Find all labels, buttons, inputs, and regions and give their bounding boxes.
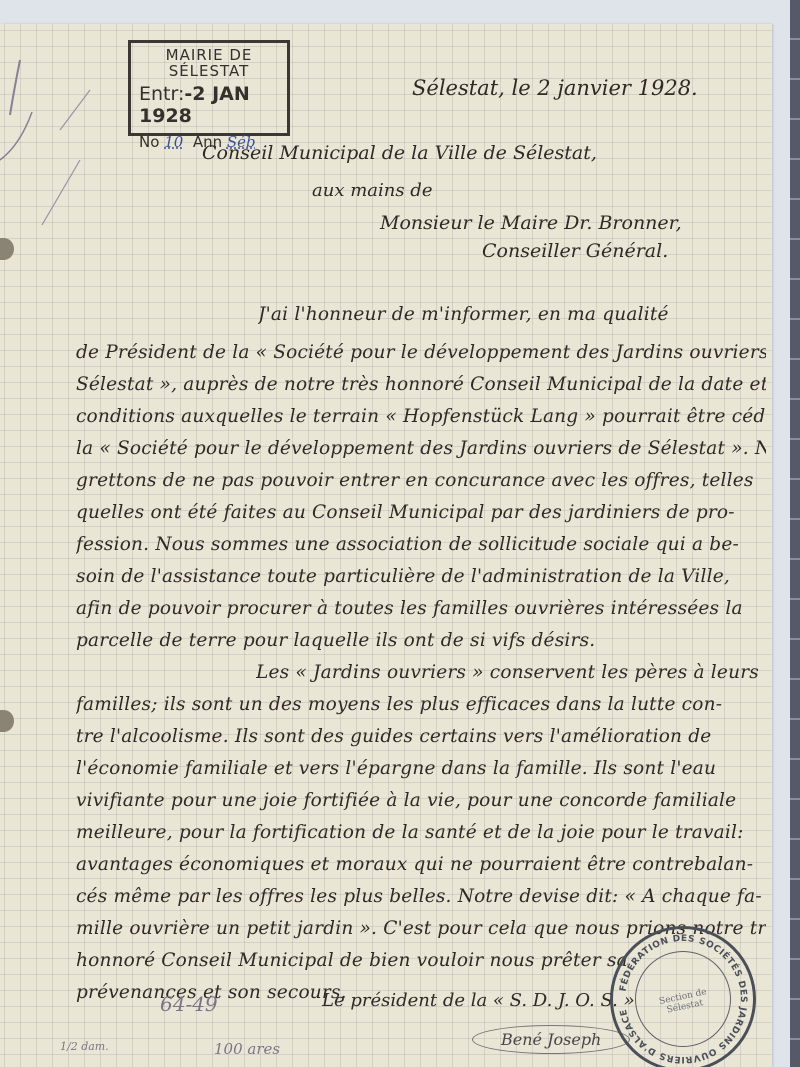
addressee-line-1: Conseil Municipal de la Ville de Sélesta…	[202, 142, 597, 164]
body-line: meilleure, pour la fortification de la s…	[76, 822, 766, 843]
body-line: cés même par les offres les plus belles.…	[76, 886, 766, 907]
signature-title: Le président de la « S. D. J. O. S. »	[322, 990, 635, 1011]
stamp-city: SÉLESTAT	[137, 63, 281, 79]
body-line: la « Société pour le développement des J…	[76, 438, 766, 459]
punch-hole	[0, 238, 14, 260]
stamp-number-value: 10	[164, 133, 183, 151]
stamp-number-label: No	[139, 133, 159, 151]
pencil-area-note: 100 ares	[214, 1040, 280, 1058]
reception-stamp: MAIRIE DE SÉLESTAT Entr:-2 JAN 1928 No 1…	[128, 40, 290, 136]
body-line: vivifiante pour une joie fortifiée à la …	[76, 790, 766, 811]
body-line: Les « Jardins ouvriers » conservent les …	[256, 662, 776, 683]
stamp-entry-row: Entr:-2 JAN 1928	[137, 83, 281, 127]
addressee-line-3: Monsieur le Maire Dr. Bronner,	[380, 212, 682, 234]
body-line: de Président de la « Société pour le dév…	[76, 342, 766, 363]
margin-pencil-scribble	[0, 40, 100, 240]
place-date: Sélestat, le 2 janvier 1928.	[412, 76, 698, 100]
association-seal: FÉDÉRATION DES SOCIÉTÉS DES JARDINS OUVR…	[610, 926, 756, 1067]
body-line: grettons de ne pas pouvoir entrer en con…	[76, 470, 766, 491]
body-line: l'économie familiale et vers l'épargne d…	[76, 758, 766, 779]
body-line: quelles ont été faites au Conseil Munici…	[76, 502, 766, 523]
stamp-entry-label: Entr:	[139, 83, 184, 105]
body-line: soin de l'assistance toute particulière …	[76, 566, 766, 587]
body-line: honnoré Conseil Municipal de bien vouloi…	[76, 950, 636, 971]
body-line: conditions auxquelles le terrain « Hopfe…	[76, 406, 766, 427]
seal-center-text: Section de Sélestat	[645, 984, 723, 1019]
body-line: avantages économiques et moraux qui ne p…	[76, 854, 766, 875]
addressee-line-2: aux mains de	[312, 180, 432, 201]
pencil-reference-number: 64-49	[160, 992, 218, 1016]
punch-hole	[0, 710, 14, 732]
body-line: parcelle de terre pour laquelle ils ont …	[76, 630, 766, 651]
stamp-title: MAIRIE DE	[137, 47, 281, 63]
background-edge	[790, 0, 800, 1067]
body-line: tre l'alcoolisme. Ils sont des guides ce…	[76, 726, 766, 747]
body-line: Sélestat », auprès de notre très honnoré…	[76, 374, 766, 395]
seal-inner-ring: Section de Sélestat	[635, 951, 731, 1047]
addressee-line-4: Conseiller Général.	[482, 240, 668, 262]
body-line: fession. Nous sommes une association de …	[76, 534, 766, 555]
pencil-margin-note: 1/2 dam.	[60, 1040, 109, 1053]
body-line: afin de pouvoir procurer à toutes les fa…	[76, 598, 766, 619]
body-line: J'ai l'honneur de m'informer, en ma qual…	[258, 304, 778, 325]
signature: Bené Joseph	[472, 1025, 630, 1054]
body-line: familles; ils sont un des moyens les plu…	[76, 694, 766, 715]
